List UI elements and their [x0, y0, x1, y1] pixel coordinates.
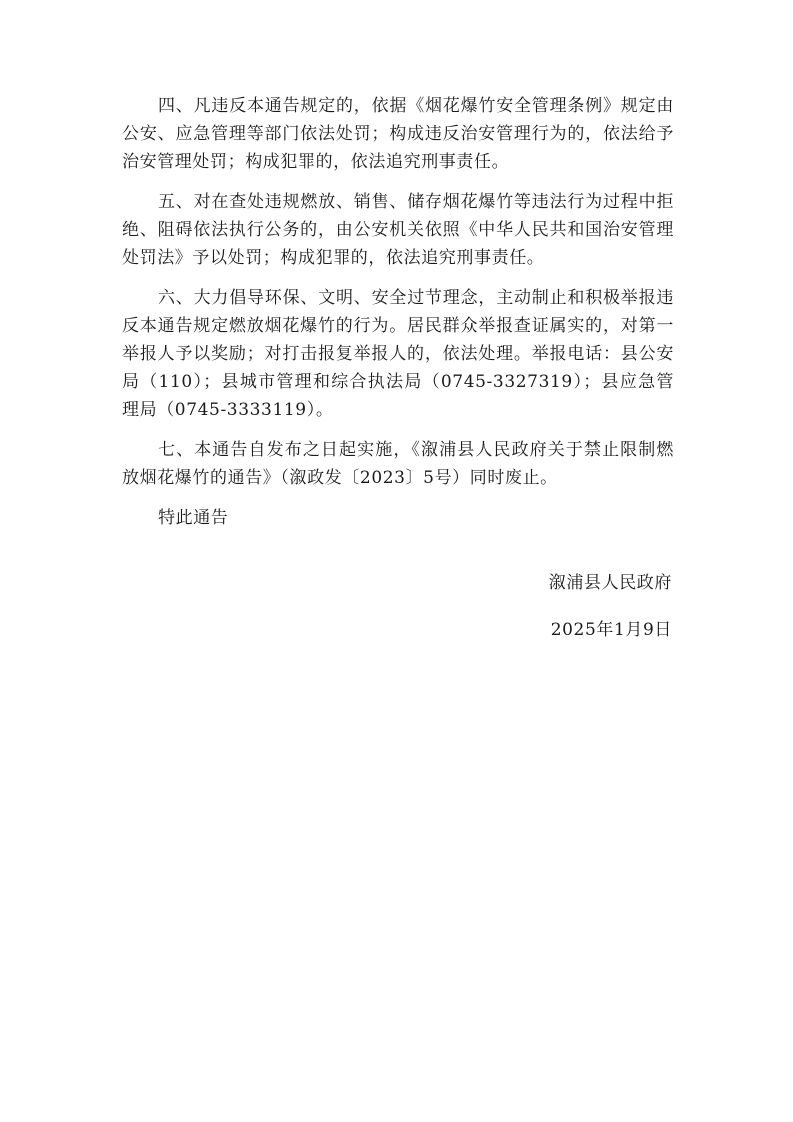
paragraph-item-6: 六、大力倡导环保、文明、安全过节理念，主动制止和积极举报违反本通告规定燃放烟花爆…	[122, 284, 674, 424]
closing-statement: 特此通告	[122, 504, 674, 532]
document-body: 四、凡违反本通告规定的，依据《烟花爆竹安全管理条例》规定由公安、应急管理等部门依…	[122, 92, 674, 532]
signature-date: 2025年1月9日	[551, 616, 672, 644]
paragraph-item-5: 五、对在查处违规燃放、销售、储存烟花爆竹等违法行为过程中拒绝、阻碍依法执行公务的…	[122, 188, 674, 272]
paragraph-item-7: 七、本通告自发布之日起实施，《溆浦县人民政府关于禁止限制燃放烟花爆竹的通告》（溆…	[122, 436, 674, 492]
signature-organization: 溆浦县人民政府	[549, 569, 672, 597]
paragraph-item-4: 四、凡违反本通告规定的，依据《烟花爆竹安全管理条例》规定由公安、应急管理等部门依…	[122, 92, 674, 176]
